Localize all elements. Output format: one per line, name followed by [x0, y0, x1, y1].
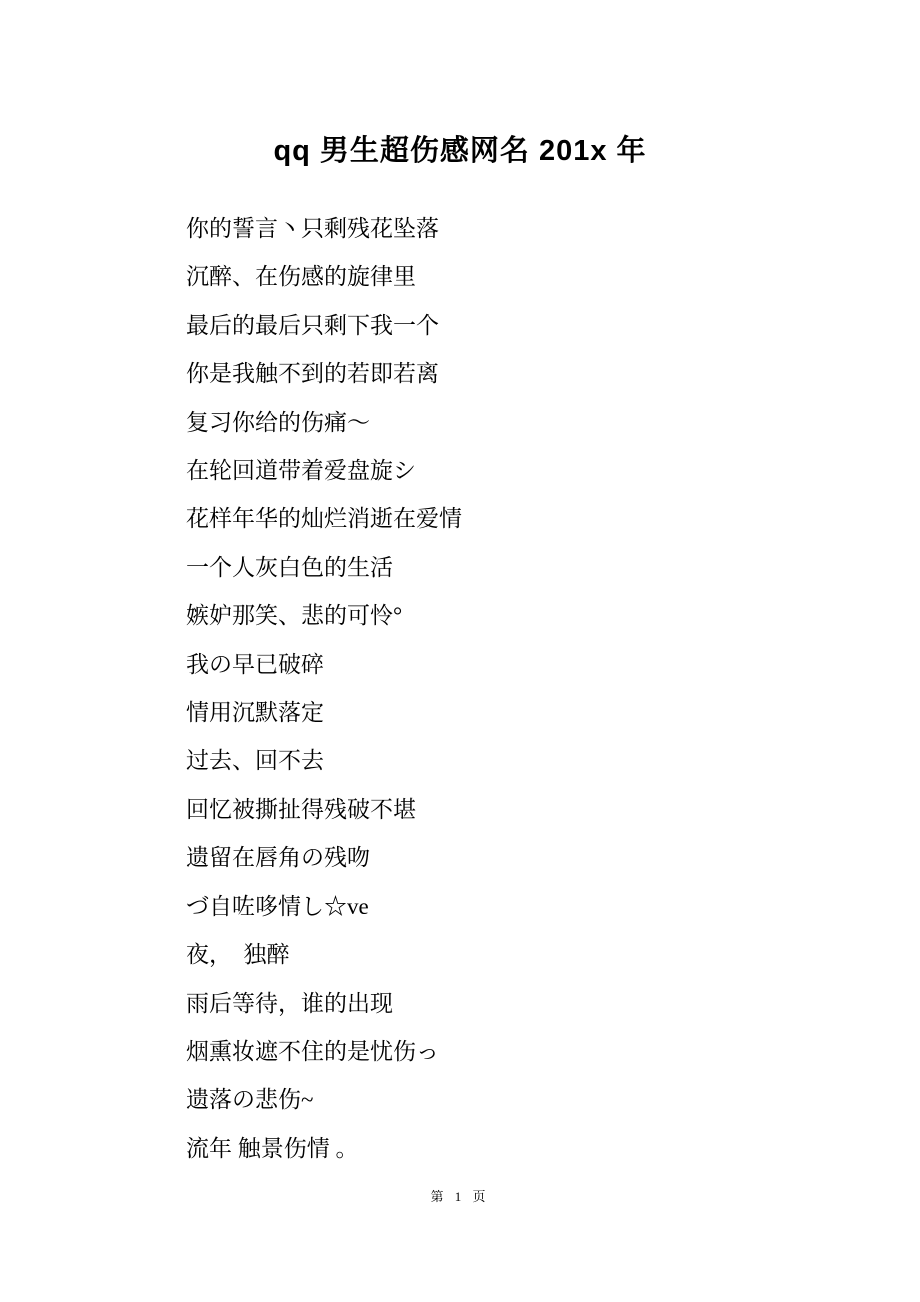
net-name-line: 遗留在唇角の残吻: [186, 834, 840, 882]
document-title: qq 男生超伤感网名 201x 年: [0, 128, 920, 169]
net-name-line: づ自咗哆情し☆ve: [186, 883, 840, 931]
net-name-line: 沉醉、在伤感的旋律里: [186, 253, 840, 301]
page-number: 第 1 页: [0, 1186, 920, 1205]
net-name-list: 你的誓言丶只剩残花坠落 沉醉、在伤感的旋律里 最后的最后只剩下我一个 你是我触不…: [186, 205, 840, 1173]
net-name-line: 雨后等待，谁的出现: [186, 980, 840, 1028]
net-name-line: 烟熏妆遮不住的是忧伤っ: [186, 1028, 840, 1076]
net-name-line: 我の早已破碎: [186, 641, 840, 689]
net-name-line: 嫉妒那笑、悲的可怜°: [186, 592, 840, 640]
net-name-line: 最后的最后只剩下我一个: [186, 302, 840, 350]
document-page: qq 男生超伤感网名 201x 年 你的誓言丶只剩残花坠落 沉醉、在伤感的旋律里…: [0, 0, 920, 1302]
net-name-line: 你是我触不到的若即若离: [186, 350, 840, 398]
net-name-line: 复习你给的伤痛〜: [186, 399, 840, 447]
net-name-line: 花样年华的灿烂消逝在爱情: [186, 495, 840, 543]
net-name-line: 夜， 独醉: [186, 931, 840, 979]
net-name-line: 你的誓言丶只剩残花坠落: [186, 205, 840, 253]
net-name-line: 在轮回道带着爱盘旋シ: [186, 447, 840, 495]
net-name-line: 过去、回不去: [186, 737, 840, 785]
net-name-line: 回忆被撕扯得残破不堪: [186, 786, 840, 834]
net-name-line: 一个人灰白色的生活: [186, 544, 840, 592]
net-name-line: 流年 触景伤情 。: [186, 1125, 840, 1173]
net-name-line: 情用沉默落定: [186, 689, 840, 737]
net-name-line: 遗落の悲伤~: [186, 1076, 840, 1124]
